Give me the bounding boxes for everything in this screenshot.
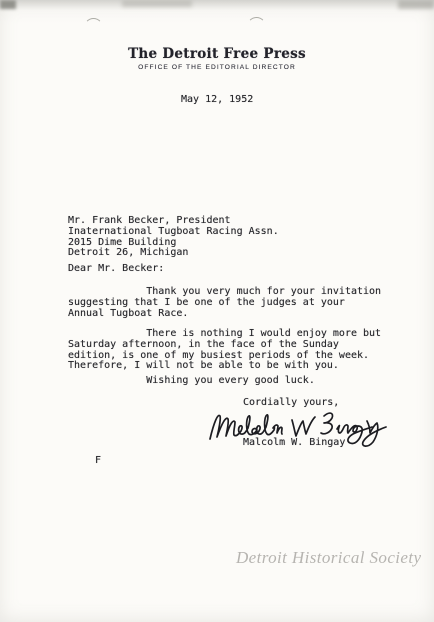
body-paragraph-2: There is nothing I would enjoy more but …: [68, 329, 381, 372]
letter-page: The Detroit Free Press OFFICE OF THE EDI…: [0, 0, 434, 622]
signature-stroke-malcolm: [210, 415, 282, 439]
body-paragraph-1: Thank you very much for your invitation …: [68, 287, 381, 319]
punch-hole-arc: [247, 17, 266, 36]
signature-stroke-ay-tail: [363, 421, 386, 446]
signature-stroke-w: [292, 417, 315, 436]
typist-initial: F: [95, 456, 101, 467]
scan-edge-shading: [0, 0, 434, 10]
signature-stroke-b: [321, 413, 333, 434]
body-paragraph-3: Wishing you every good luck.: [68, 376, 315, 387]
punch-hole-arc: [84, 18, 103, 37]
date-line: May 12, 1952: [181, 95, 253, 106]
scan-smudge: [122, 0, 192, 7]
scan-corner-smudge: [0, 0, 16, 9]
scan-smudge: [398, 0, 434, 9]
watermark-text: Detroit Historical Society: [236, 548, 421, 568]
masthead-title: The Detroit Free Press: [0, 46, 434, 62]
typed-signature-name: Malcolm W. Bingay: [243, 438, 345, 449]
office-subtitle: OFFICE OF THE EDITORIAL DIRECTOR: [0, 64, 434, 71]
recipient-address-block: Mr. Frank Becker, President Inaternation…: [68, 216, 279, 259]
salutation: Dear Mr. Becker:: [68, 264, 164, 275]
